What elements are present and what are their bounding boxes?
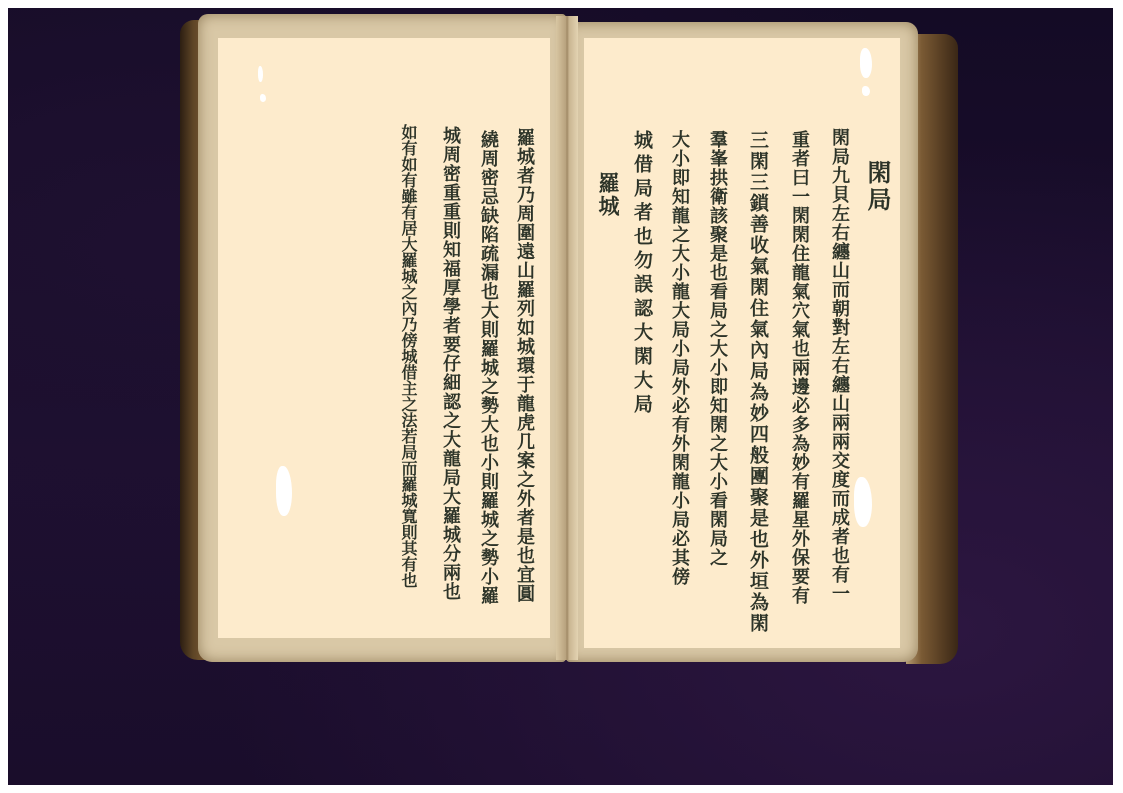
text-column: 如有如有雖有居大羅城之內乃傍城借主之法若局而羅城寬則其有也 (400, 124, 416, 588)
paper-damage-spot (860, 48, 872, 78)
text-column: 羅城者乃周圍遠山羅列如城環于龍虎几案之外者是也宜圓 (515, 128, 533, 603)
book-gutter (556, 16, 578, 660)
text-column: 羣峯拱衛該聚是也看局之大小即知閑之大小看閑局之 (708, 130, 726, 567)
paper-damage-spot (258, 66, 263, 82)
right-page (566, 22, 918, 662)
text-column: 繞周密忌缺陷疏漏也大則羅城之勢大也小則羅城之勢小羅 (479, 130, 497, 605)
section-heading-luocheng: 羅城 (598, 172, 619, 218)
paper-damage-spot (854, 477, 872, 527)
left-page (198, 14, 566, 662)
text-column: 城周密重重則知福厚學者要仔細認之大龍局大羅城分兩也 (441, 126, 459, 601)
text-column: 三閑三鎖善收氣閑住氣內局為妙四般團聚是也外垣為閑 (748, 130, 767, 634)
section-title-xianju: 閑局 (865, 160, 889, 214)
text-column: 大小即知龍之大小龍大局小局外必有外閑龍小局必其傍 (670, 130, 688, 586)
paper-damage-spot (276, 466, 292, 516)
paper-damage-spot (862, 86, 870, 96)
text-column: 重者曰一閑閑住龍氣穴氣也兩邊必多為妙有羅星外保要有 (790, 130, 808, 605)
left-page-paper (218, 38, 550, 638)
text-column: 城借局者也勿誤認大閑大局 (632, 130, 651, 418)
paper-damage-spot (260, 94, 266, 102)
text-column: 閑局九貝左右纏山而朝對左右纏山兩兩交度而成者也有一 (830, 128, 848, 603)
